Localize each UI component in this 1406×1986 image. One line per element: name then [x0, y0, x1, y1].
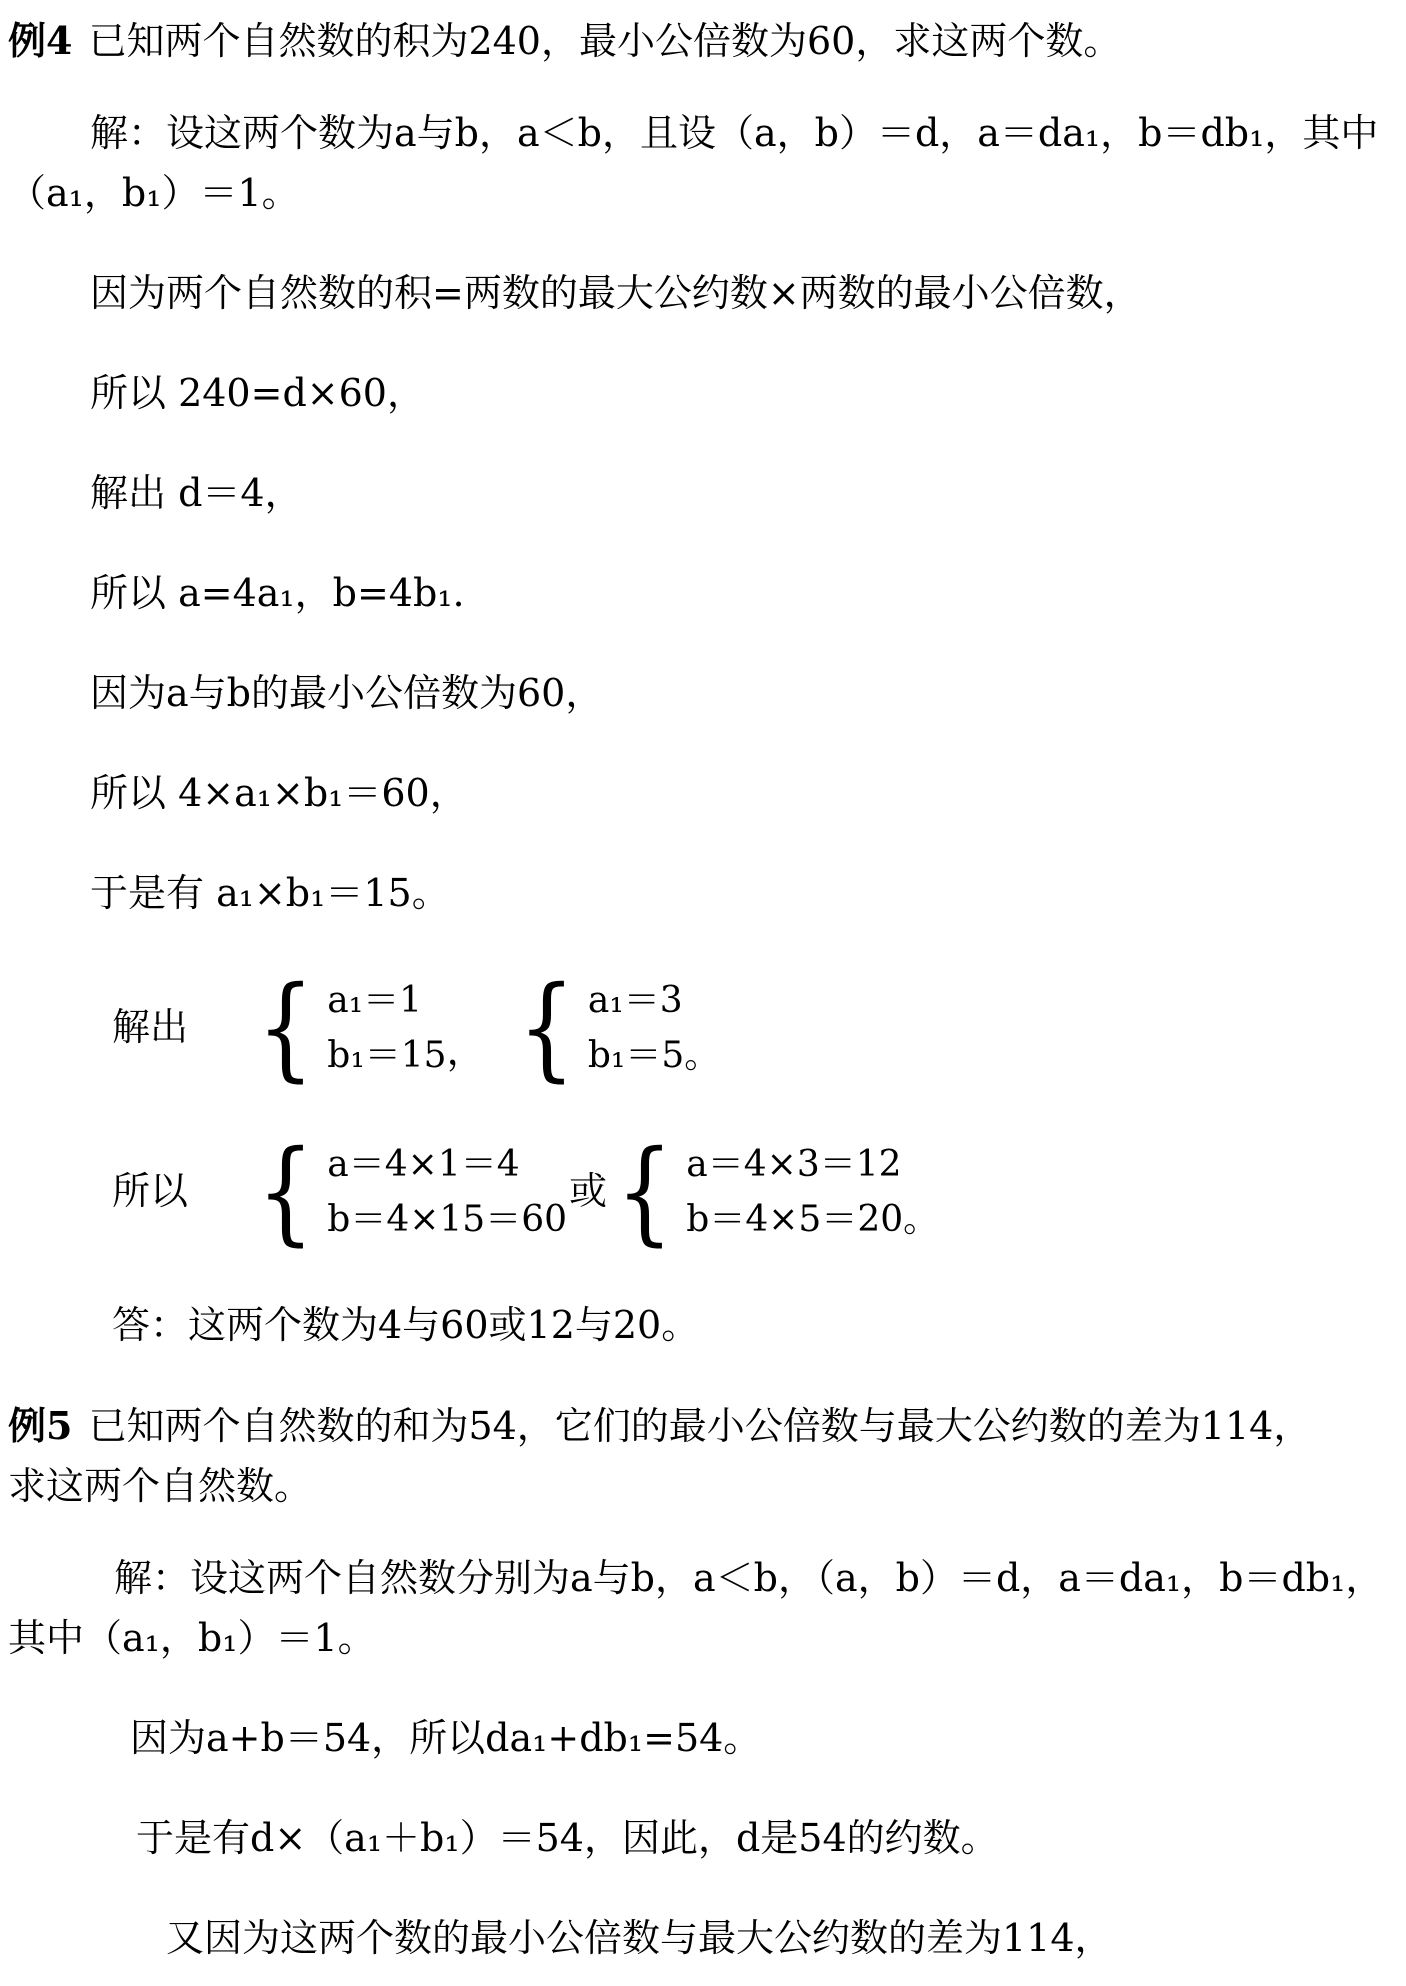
so-system-2: { a＝4×3＝12 b＝4×5＝20。 — [609, 1139, 939, 1245]
ex5-label: 例5 — [8, 1403, 72, 1448]
equation: b₁＝5。 — [588, 1034, 720, 1077]
left-brace-icon: { — [257, 1139, 314, 1245]
system-separator: 或 — [569, 1165, 607, 1219]
ex4-solution-line2: （a₁，b₁）＝1。 — [8, 167, 1396, 221]
equation: a₁＝3 — [588, 979, 720, 1022]
ex5-solution-line2: 其中（a₁，b₁）＝1。 — [8, 1612, 1396, 1666]
ex4-thus-a1b1: 于是有 a₁×b₁＝15。 — [8, 867, 1396, 921]
ex4-solve-d: 解出 d＝4， — [8, 467, 1396, 521]
ex4-label: 例4 — [8, 18, 72, 63]
equation: b₁＝15 — [327, 1034, 446, 1077]
solve-systems-label: 解出 — [112, 1001, 188, 1055]
ex4-so-240: 所以 240=d×60， — [8, 367, 1396, 421]
ex4-because-lcm: 因为a与b的最小公倍数为60， — [8, 667, 1396, 721]
ex5-heading: 例5已知两个自然数的和为54，它们的最小公倍数与最大公约数的差为114， — [8, 1399, 1396, 1454]
equation: a＝4×1＝4 — [327, 1143, 567, 1186]
solve-system-1: { a₁＝1 b₁＝15 — [250, 975, 447, 1081]
ex5-solution-line1: 解：设这两个自然数分别为a与b，a＜b，（a，b）＝d，a＝da₁，b＝db₁， — [8, 1552, 1396, 1606]
ex4-heading: 例4已知两个自然数的积为240，最小公倍数为60，求这两个数。 — [8, 14, 1396, 69]
ex4-answer: 答：这两个数为4与60或12与20。 — [8, 1299, 1396, 1353]
ex4-because-product: 因为两个自然数的积=两数的最大公约数×两数的最小公倍数， — [8, 267, 1396, 321]
ex5-problem-line2: 求这两个自然数。 — [8, 1460, 1396, 1514]
so-systems-label: 所以 — [112, 1165, 188, 1219]
ex4-solve-systems-row: 解出 { a₁＝1 b₁＝15 ， { a₁＝3 b₁＝5。 — [8, 975, 1396, 1081]
ex4-problem-text: 已知两个自然数的积为240，最小公倍数为60，求这两个数。 — [88, 19, 1121, 63]
ex5-thus-divisor: 于是有d×（a₁＋b₁）＝54，因此，d是54的约数。 — [8, 1812, 1396, 1866]
so-system-1: { a＝4×1＝4 b＝4×15＝60 — [250, 1139, 567, 1245]
equation: a₁＝1 — [327, 979, 446, 1022]
ex4-so-ab: 所以 a=4a₁，b=4b₁. — [8, 567, 1396, 621]
equation: a＝4×3＝12 — [686, 1143, 939, 1186]
system-separator: ， — [447, 1025, 485, 1081]
ex4-so-systems-row: 所以 { a＝4×1＝4 b＝4×15＝60 或 { a＝4×3＝12 b＝4×… — [8, 1139, 1396, 1245]
ex4-solution-line1: 解：设这两个数为a与b，a＜b，且设（a，b）＝d，a＝da₁，b＝db₁，其中 — [8, 107, 1396, 161]
left-brace-icon: { — [616, 1139, 673, 1245]
left-brace-icon: { — [518, 975, 575, 1081]
ex4-so-4a1b1: 所以 4×a₁×b₁＝60， — [8, 767, 1396, 821]
ex5-problem-line1: 已知两个自然数的和为54，它们的最小公倍数与最大公约数的差为114， — [88, 1404, 1311, 1448]
equation: b＝4×5＝20。 — [686, 1198, 939, 1241]
left-brace-icon: { — [257, 975, 314, 1081]
ex5-because-diff: 又因为这两个数的最小公倍数与最大公约数的差为114， — [8, 1912, 1396, 1966]
ex5-because-sum: 因为a+b＝54，所以da₁+db₁=54。 — [8, 1712, 1396, 1766]
equation: b＝4×15＝60 — [327, 1198, 567, 1241]
document-page: { "colors": { "background": "#ffffff", "… — [0, 0, 1406, 1986]
solve-system-2: { a₁＝3 b₁＝5。 — [511, 975, 721, 1081]
